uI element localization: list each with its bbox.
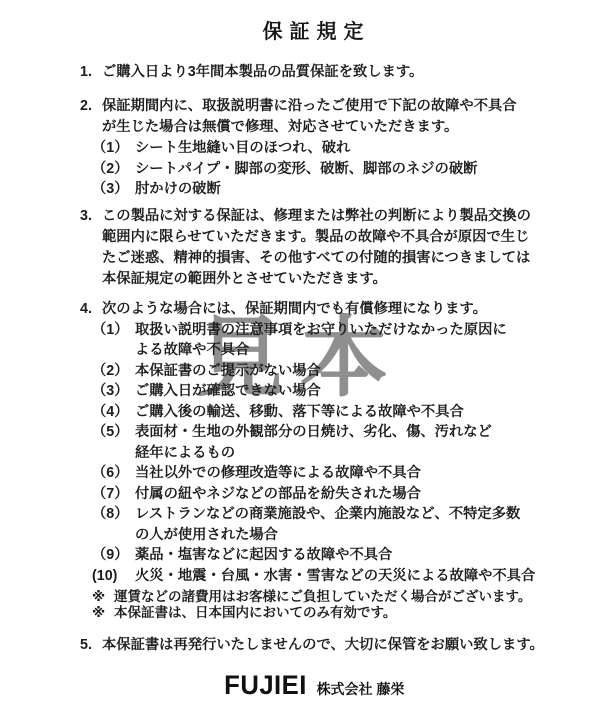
subitem-text-line: 経年によるもの bbox=[135, 443, 546, 464]
warranty-document-page: 見本 保証規定 1. ご購入日より3年間本製品の品質保証を致します。 2. 保証… bbox=[0, 0, 600, 720]
note-item: ※ 本保証書は、日本国内においてのみ有効です。 bbox=[92, 605, 546, 621]
subitem-marker: （9） bbox=[92, 545, 135, 566]
company-name: 株式会社 藤栄 bbox=[317, 679, 405, 699]
note-marker: ※ bbox=[92, 605, 114, 621]
subitem-text-line: 本保証書のご提示がない場合 bbox=[135, 361, 546, 382]
subitem-text-line: 付属の紐やネジなどの部品を紛失された場合 bbox=[135, 484, 546, 505]
subitem-marker: （1） bbox=[92, 138, 135, 159]
section-text-line: 保証期間内に、取扱説明書に沿ったご使用で下記の故障や不具合 bbox=[102, 96, 546, 117]
subitem-text-line: よる故障や不具合 bbox=[135, 340, 546, 361]
note-item: ※ 運賃などの諸費用はお客様にご負担していただく場合がございます。 bbox=[92, 589, 546, 605]
note-text: 本保証書は、日本国内においてのみ有効です。 bbox=[114, 605, 546, 621]
warranty-section-1: 1. ご購入日より3年間本製品の品質保証を致します。 bbox=[80, 62, 546, 83]
note-text: 運賃などの諸費用はお客様にご負担していただく場合がございます。 bbox=[114, 589, 546, 605]
subitem-text-line: 当社以外での修理改造等による故障や不具合 bbox=[135, 463, 546, 484]
warranty-subitem: （2） シートパイプ・脚部の変形、破断、脚部のネジの破断 bbox=[92, 159, 546, 180]
subitem-marker: （1） bbox=[92, 320, 135, 361]
warranty-subitem: （3） 肘かけの破断 bbox=[92, 179, 546, 200]
warranty-subitem: （5） 表面材・生地の外観部分の日焼け、劣化、傷、汚れなど 経年によるもの bbox=[92, 422, 546, 463]
section-text-line: 本保証規定の範囲外とさせていただきます。 bbox=[102, 269, 546, 290]
subitem-marker: （2） bbox=[92, 159, 135, 180]
warranty-subitem: （9） 薬品・塩害などに起因する故障や不具合 bbox=[92, 545, 546, 566]
warranty-subitem: (10) 火災・地震・台風・水害・雪害などの天災による故障や不具合 bbox=[92, 566, 546, 587]
warranty-subitem: （1） 取扱い説明書の注意事項をお守りいただけなかった原因に よる故障や不具合 bbox=[92, 320, 546, 361]
subitem-text-line: ご購入後の輸送、移動、落下等による故障や不具合 bbox=[135, 402, 546, 423]
warranty-notes: ※ 運賃などの諸費用はお客様にご負担していただく場合がございます。 ※ 本保証書… bbox=[80, 589, 546, 621]
subitem-text-line: シートパイプ・脚部の変形、破断、脚部のネジの破断 bbox=[135, 159, 546, 180]
subitem-text-line: 薬品・塩害などに起因する故障や不具合 bbox=[135, 545, 546, 566]
brand-footer: FUJIEI 株式会社 藤栄 bbox=[80, 670, 546, 701]
section-number: 4. bbox=[80, 299, 102, 320]
section-number: 5. bbox=[80, 635, 102, 656]
subitem-marker: （3） bbox=[92, 381, 135, 402]
warranty-subitem: （4） ご購入後の輸送、移動、落下等による故障や不具合 bbox=[92, 402, 546, 423]
subitem-text-line: ご購入日が確認できない場合 bbox=[135, 381, 546, 402]
subitem-text-line: 肘かけの破断 bbox=[135, 179, 546, 200]
subitem-text-line: 表面材・生地の外観部分の日焼け、劣化、傷、汚れなど bbox=[135, 422, 546, 443]
section-text-line: が生じた場合は無償で修理、対応させていただきます。 bbox=[102, 117, 546, 138]
subitem-marker: （6） bbox=[92, 463, 135, 484]
subitem-marker: （5） bbox=[92, 422, 135, 463]
warranty-section-2: 2. 保証期間内に、取扱説明書に沿ったご使用で下記の故障や不具合 が生じた場合は… bbox=[80, 96, 546, 200]
section-number: 1. bbox=[80, 62, 102, 83]
document-content: 保証規定 1. ご購入日より3年間本製品の品質保証を致します。 2. 保証期間内… bbox=[0, 0, 600, 701]
subitem-marker: （3） bbox=[92, 179, 135, 200]
section-text-line: 範囲内に限らせていただきます。製品の故障や不具合が原因で生じ bbox=[102, 227, 546, 248]
warranty-section-4: 4. 次のような場合には、保証期間内でも有償修理になります。 （1） 取扱い説明… bbox=[80, 299, 546, 622]
warranty-section-5: 5. 本保証書は再発行いたしませんので、大切に保管をお願い致します。 bbox=[80, 635, 546, 656]
subitem-text-line: 取扱い説明書の注意事項をお守りいただけなかった原因に bbox=[135, 320, 546, 341]
section-text-line: この製品に対する保証は、修理または弊社の判断により製品交換の bbox=[102, 206, 546, 227]
warranty-subitem: （2） 本保証書のご提示がない場合 bbox=[92, 361, 546, 382]
section-number: 3. bbox=[80, 206, 102, 290]
warranty-subitem: （1） シート生地縫い目のほつれ、破れ bbox=[92, 138, 546, 159]
note-marker: ※ bbox=[92, 589, 114, 605]
subitem-text-line: シート生地縫い目のほつれ、破れ bbox=[135, 138, 546, 159]
section-text-line: たご迷惑、精神的損害、その他すべての付随的損害につきましては bbox=[102, 248, 546, 269]
subitem-marker: （2） bbox=[92, 361, 135, 382]
warranty-subitem: （8） レストランなどの商業施設や、企業内施設など、不特定多数 の人が使用された… bbox=[92, 504, 546, 545]
warranty-subitem: （7） 付属の紐やネジなどの部品を紛失された場合 bbox=[92, 484, 546, 505]
warranty-subitem: （6） 当社以外での修理改造等による故障や不具合 bbox=[92, 463, 546, 484]
section-text-line: 次のような場合には、保証期間内でも有償修理になります。 bbox=[102, 299, 546, 320]
section-text-line: 本保証書は再発行いたしませんので、大切に保管をお願い致します。 bbox=[102, 635, 546, 656]
subitem-marker: （8） bbox=[92, 504, 135, 545]
section-number: 2. bbox=[80, 96, 102, 138]
subitem-marker: （7） bbox=[92, 484, 135, 505]
warranty-subitem: （3） ご購入日が確認できない場合 bbox=[92, 381, 546, 402]
page-title: 保証規定 bbox=[80, 22, 546, 42]
subitem-text-line: の人が使用された場合 bbox=[135, 525, 546, 546]
section-text-line: ご購入日より3年間本製品の品質保証を致します。 bbox=[102, 62, 546, 83]
warranty-section-3: 3. この製品に対する保証は、修理または弊社の判断により製品交換の 範囲内に限ら… bbox=[80, 206, 546, 290]
subitem-marker: （4） bbox=[92, 402, 135, 423]
subitem-text-line: レストランなどの商業施設や、企業内施設など、不特定多数 bbox=[135, 504, 546, 525]
subitem-text-line: 火災・地震・台風・水害・雪害などの天災による故障や不具合 bbox=[135, 566, 546, 587]
subitem-marker: (10) bbox=[92, 566, 135, 587]
fujiei-logo: FUJIEI bbox=[224, 670, 307, 701]
